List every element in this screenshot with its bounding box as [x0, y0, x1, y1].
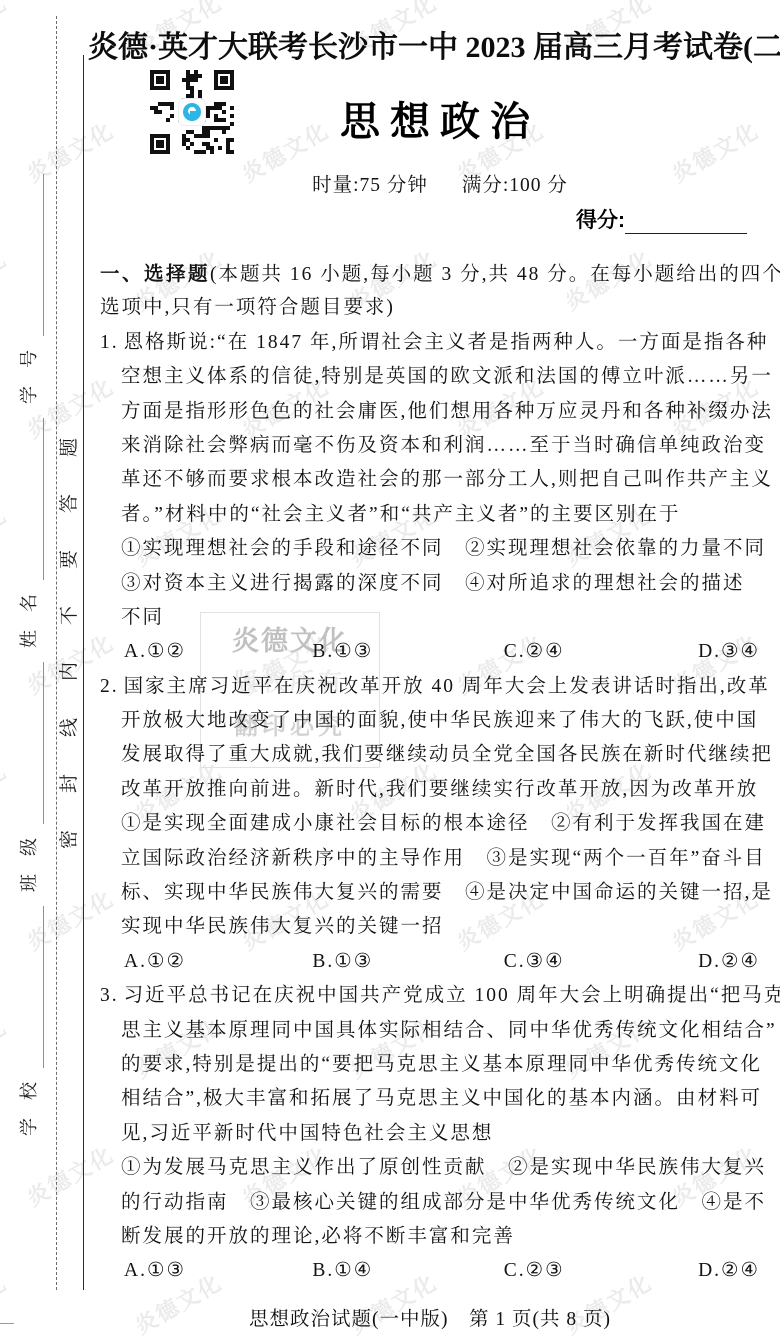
duration-text: 时量:75 分钟 [312, 169, 428, 197]
answer-choice-a: A.①② [124, 635, 312, 669]
subject-title: 思想政治 [120, 90, 760, 147]
section-instructions: (本题共 16 小题,每小题 3 分,共 48 分。在每小题给出的四个 [210, 264, 780, 285]
seal-dashed-line [56, 16, 57, 1290]
studentid-field-label: 学 号 [15, 350, 41, 404]
watermark-tile: 炎德文化 [0, 242, 12, 317]
question-2-option-line: 实现中华民族伟大复兴的关键一招 [100, 910, 760, 944]
name-blank-line [27, 418, 44, 580]
question-1-line: 空想主义体系的信徒,特别是英国的欧文派和法国的傅立叶派……另一 [100, 360, 760, 394]
school-blank-line [27, 906, 44, 1068]
question-3-text: 习近平总书记在庆祝中国共产党成立 100 周年大会上明确提出“把马克 [124, 985, 780, 1006]
question-2-line: 改革开放推向前进。新时代,我们要继续实行改革开放,因为改革开放 [100, 773, 760, 807]
question-3-line: 见,习近平新时代中国特色社会主义思想 [100, 1117, 760, 1151]
score-field: 得分: [576, 204, 747, 234]
question-1-option-line: ①实现理想社会的手段和途径不同 ②实现理想社会依靠的力量不同 [100, 532, 760, 566]
answer-choice-b: B.①③ [312, 945, 503, 979]
question-2-answer-row: A.①② B.①③ C.③④ D.②④ [100, 945, 760, 979]
question-1-answer-row: A.①② B.①③ C.②④ D.③④ [100, 635, 760, 669]
answer-choice-d: D.②④ [698, 1254, 760, 1288]
section-title: 一、选择题 [100, 263, 210, 285]
watermark-tile: 炎德文化 [0, 498, 12, 573]
answer-choice-c: C.③④ [504, 945, 698, 979]
question-3-option-line: ①为发展马克思主义作出了原创性贡献 ②是实现中华民族伟大复兴 [100, 1151, 760, 1185]
score-blank-line [625, 209, 747, 234]
name-field-label: 姓 名 [15, 594, 41, 648]
question-2-text: 国家主席习近平在庆祝改革开放 40 周年大会上发表讲话时指出,改革 [124, 676, 770, 697]
question-3-line: 思主义基本原理同中国具体实际相结合、同中华优秀传统文化相结合” [100, 1014, 760, 1048]
question-area: 一、选择题(本题共 16 小题,每小题 3 分,共 48 分。在每小题给出的四个… [100, 257, 760, 1289]
question-3-option-line: 的行动指南 ③最核心关键的组成部分是中华优秀传统文化 ④是不 [100, 1186, 760, 1220]
class-blank-line [27, 662, 44, 824]
exam-paper-page: 炎德文化炎德文化炎德文化炎德文化炎德文化炎德文化炎德文化炎德文化炎德文化炎德文化… [0, 0, 780, 1344]
answer-choice-d: D.②④ [698, 945, 760, 979]
bottom-corner-mark [0, 1323, 14, 1324]
school-field-label: 学 校 [15, 1082, 41, 1136]
question-1-line: 1.恩格斯说:“在 1847 年,所谓社会主义者是指两种人。一方面是指各种 [100, 326, 760, 360]
question-1-option-line: ③对资本主义进行揭露的深度不同 ④对所追求的理想社会的描述 [100, 567, 760, 601]
question-3-line: 相结合”,极大丰富和拓展了马克思主义中国化的基本内涵。由材料可 [100, 1082, 760, 1116]
question-2-option-line: 立国际政治经济新秩序中的主导作用 ③是实现“两个一百年”奋斗目 [100, 842, 760, 876]
student-info-fields: 学 校班 级姓 名学 号 [14, 125, 42, 1185]
question-2-line: 发展取得了重大成就,我们要继续动员全党全国各民族在新时代继续把 [100, 738, 760, 772]
question-3-line: 的要求,特别是提出的“要把马克思主义基本原理同中华优秀传统文化 [100, 1048, 760, 1082]
full-score-text: 满分:100 分 [462, 169, 568, 197]
class-field-label: 班 级 [15, 838, 41, 892]
question-2-line: 2.国家主席习近平在庆祝改革开放 40 周年大会上发表讲话时指出,改革 [100, 670, 760, 704]
margin-solid-line [83, 55, 84, 1290]
question-3-number: 3. [100, 985, 119, 1006]
watermark-tile: 炎德文化 [774, 754, 780, 829]
question-3-line: 3.习近平总书记在庆祝中国共产党成立 100 周年大会上明确提出“把马克 [100, 979, 760, 1013]
question-1-number: 1. [100, 332, 119, 353]
question-2-line: 开放极大地改变了中国的面貌,使中华民族迎来了伟大的飞跃,使中国 [100, 704, 760, 738]
question-2-option-line: ①是实现全面建成小康社会目标的根本途径 ②有利于发挥我国在建 [100, 807, 760, 841]
answer-choice-c: C.②④ [504, 635, 698, 669]
watermark-tile: 炎德文化 [0, 0, 12, 61]
answer-choice-d: D.③④ [698, 635, 760, 669]
question-1-line: 来消除社会弊病而毫不伤及资本和利润……至于当时确信单纯政治变 [100, 429, 760, 463]
section-header-line2: 选项中,只有一项符合题目要求) [100, 291, 760, 325]
question-1-line: 革还不够而要求根本改造社会的那一部分工人,则把自己叫作共产主义 [100, 463, 760, 497]
question-2-number: 2. [100, 676, 119, 697]
seal-instruction-text: 密封线内不要答题 [58, 396, 82, 854]
section-header-line1: 一、选择题(本题共 16 小题,每小题 3 分,共 48 分。在每小题给出的四个 [100, 257, 760, 291]
answer-choice-b: B.①③ [312, 635, 503, 669]
question-1-text: 恩格斯说:“在 1847 年,所谓社会主义者是指两种人。一方面是指各种 [124, 332, 769, 353]
question-1-option-line: 不同 [100, 601, 760, 635]
watermark-tile: 炎德文化 [774, 498, 780, 573]
question-2-option-line: 标、实现中华民族伟大复兴的需要 ④是决定中国命运的关键一招,是 [100, 876, 760, 910]
question-3-option-line: 断发展的开放的理论,必将不断丰富和完善 [100, 1220, 760, 1254]
question-1-line: 者。”材料中的“社会主义者”和“共产主义者”的主要区别在于 [100, 498, 760, 532]
question-1-line: 方面是指形形色色的社会庸医,他们想用各种万应灵丹和各种补缀办法 [100, 395, 760, 429]
page-footer: 思想政治试题(一中版) 第 1 页(共 8 页) [80, 1303, 780, 1331]
answer-choice-a: A.①③ [124, 1254, 312, 1288]
exam-meta: 时量:75 分钟 满分:100 分 [120, 169, 760, 197]
question-3-answer-row: A.①③ B.①④ C.②③ D.②④ [100, 1254, 760, 1288]
score-label: 得分: [576, 204, 625, 234]
paper-title: 炎德·英才大联考长沙市一中 2023 届高三月考试卷(二) [88, 22, 756, 66]
answer-choice-b: B.①④ [312, 1254, 503, 1288]
studentid-blank-line [27, 174, 44, 336]
watermark-tile: 炎德文化 [0, 754, 12, 829]
answer-choice-a: A.①② [124, 945, 312, 979]
watermark-tile: 炎德文化 [0, 1010, 12, 1085]
watermark-tile: 炎德文化 [0, 1266, 12, 1341]
answer-choice-c: C.②③ [504, 1254, 698, 1288]
